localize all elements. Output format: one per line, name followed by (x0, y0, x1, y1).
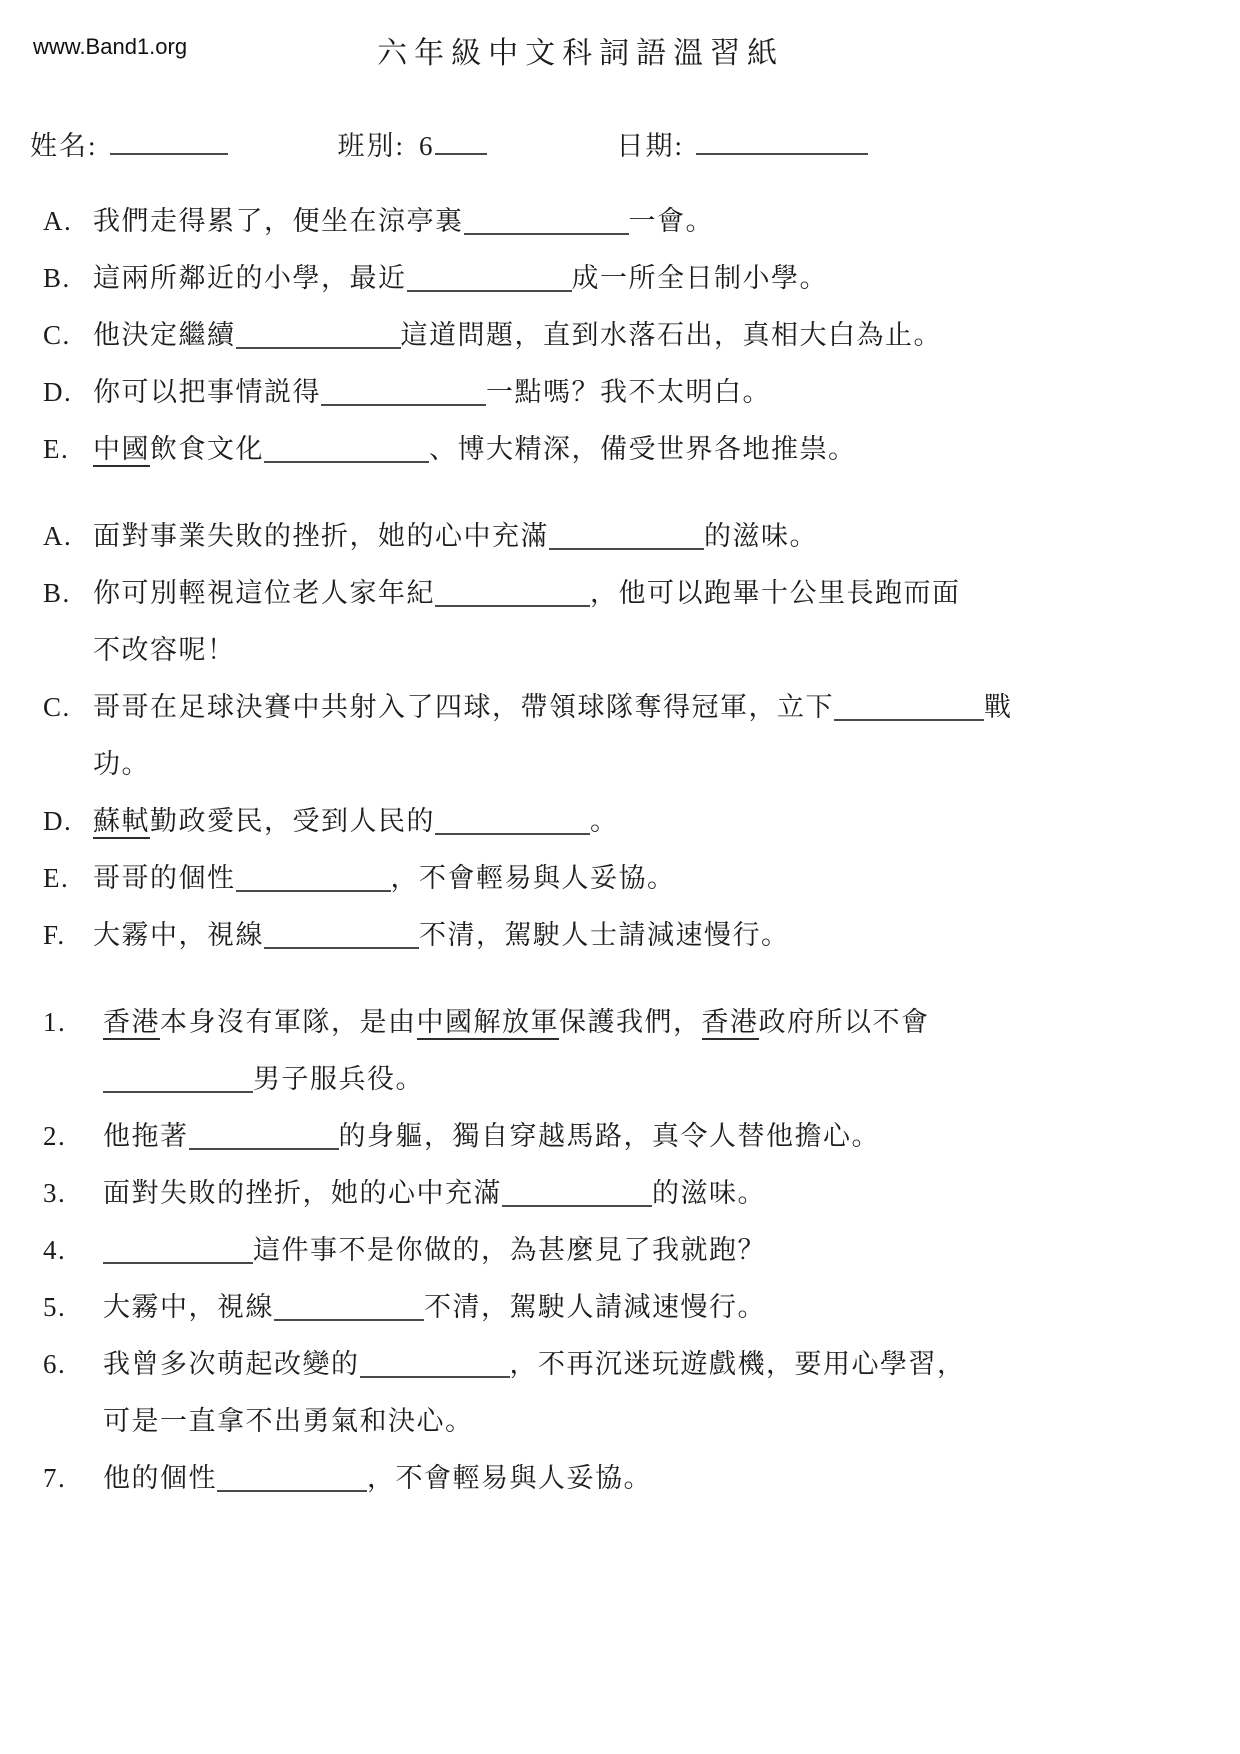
fill-blank (189, 1122, 339, 1150)
question-item: 4.這件事不是你做的，為甚麼見了我就跑？ (43, 1222, 1185, 1279)
fill-blank (435, 579, 590, 607)
name-field-group: 姓名: (30, 124, 228, 163)
worksheet-page: www.Band1.org 六年級中文科詞語溫習紙 姓名: 班別: 6 日期: … (0, 0, 1240, 1507)
item-label: 4. (43, 1222, 103, 1279)
question-item: D.你可以把事情説得一點嗎？我不太明白。 (43, 364, 1185, 421)
question-item: 7.他的個性，不會輕易與人妥協。 (43, 1450, 1185, 1507)
item-text: 他的個性，不會輕易與人妥協。 (103, 1450, 1185, 1507)
exercise-2: A.面對事業失敗的挫折，她的心中充滿的滋味。B.你可別輕視這位老人家年紀，他可以… (43, 508, 1185, 964)
class-value: 6 (419, 131, 433, 162)
question-item: E.中國飲食文化、博大精深，備受世界各地推祟。 (43, 421, 1185, 478)
item-label: D. (43, 364, 93, 421)
item-text: 你可以把事情説得一點嗎？我不太明白。 (93, 364, 1185, 421)
item-text: 他決定繼續這道問題，直到水落石出，真相大白為止。 (93, 307, 1185, 364)
item-label: 3. (43, 1165, 103, 1222)
fill-blank (549, 522, 704, 550)
fill-blank (321, 378, 486, 406)
item-text: 這兩所鄰近的小學，最近成一所全日制小學。 (93, 250, 1185, 307)
fill-blank (464, 207, 629, 235)
question-item: C.哥哥在足球決賽中共射入了四球，帶領球隊奪得冠軍，立下戰功。 (43, 679, 1185, 793)
question-item: A.面對事業失敗的挫折，她的心中充滿的滋味。 (43, 508, 1185, 565)
item-text: 面對失敗的挫折，她的心中充滿的滋味。 (103, 1165, 1185, 1222)
item-label: 1. (43, 994, 103, 1108)
question-item: B.你可別輕視這位老人家年紀，他可以跑畢十公里長跑而面不改容呢！ (43, 565, 1185, 679)
fill-blank (103, 1065, 253, 1093)
fill-blank (274, 1293, 424, 1321)
item-text: 我曾多次萌起改變的，不再沉迷玩遊戲機，要用心學習，可是一直拿不出勇氣和決心。 (103, 1336, 1185, 1450)
underlined-term: 香港 (702, 1007, 759, 1040)
item-label: 5. (43, 1279, 103, 1336)
site-url: www.Band1.org (33, 28, 187, 60)
class-blank (435, 127, 487, 155)
date-field-group: 日期: (617, 124, 869, 163)
item-text: 你可別輕視這位老人家年紀，他可以跑畢十公里長跑而面不改容呢！ (93, 565, 1185, 679)
question-item: C.他決定繼續這道問題，直到水落石出，真相大白為止。 (43, 307, 1185, 364)
question-item: F.大霧中，視線不清，駕駛人士請減速慢行。 (43, 907, 1185, 964)
item-text: 大霧中，視線不清，駕駛人請減速慢行。 (103, 1279, 1185, 1336)
class-field-group: 班別: 6 (338, 124, 487, 163)
fill-blank (217, 1464, 367, 1492)
fill-blank (236, 321, 401, 349)
item-label: D. (43, 793, 93, 850)
underlined-term: 中國解放軍 (417, 1007, 560, 1040)
underlined-term: 蘇軾 (93, 806, 150, 839)
item-label: C. (43, 679, 93, 793)
item-text: 他拖著的身軀，獨自穿越馬路，真令人替他擔心。 (103, 1108, 1185, 1165)
item-label: F. (43, 907, 93, 964)
item-text: 我們走得累了，便坐在涼亭裏一會。 (93, 193, 1185, 250)
fill-blank (502, 1179, 652, 1207)
question-item: E.哥哥的個性，不會輕易與人妥協。 (43, 850, 1185, 907)
question-item: 1.香港本身沒有軍隊，是由中國解放軍保護我們，香港政府所以不會男子服兵役。 (43, 994, 1185, 1108)
date-label: 日期: (617, 124, 685, 163)
item-label: 2. (43, 1108, 103, 1165)
fill-blank (264, 921, 419, 949)
question-item: 3.面對失敗的挫折，她的心中充滿的滋味。 (43, 1165, 1185, 1222)
question-item: D.蘇軾勤政愛民，受到人民的。 (43, 793, 1185, 850)
exercise-3: 1.香港本身沒有軍隊，是由中國解放軍保護我們，香港政府所以不會男子服兵役。2.他… (43, 994, 1185, 1507)
fill-blank (834, 693, 984, 721)
question-item: 6.我曾多次萌起改變的，不再沉迷玩遊戲機，要用心學習，可是一直拿不出勇氣和決心。 (43, 1336, 1185, 1450)
name-blank (110, 127, 228, 155)
fill-blank (264, 435, 429, 463)
name-label: 姓名: (30, 124, 98, 163)
item-label: A. (43, 193, 93, 250)
question-item: A.我們走得累了，便坐在涼亭裏一會。 (43, 193, 1185, 250)
question-item: 5.大霧中，視線不清，駕駛人請減速慢行。 (43, 1279, 1185, 1336)
item-text: 大霧中，視線不清，駕駛人士請減速慢行。 (93, 907, 1185, 964)
question-item: B.這兩所鄰近的小學，最近成一所全日制小學。 (43, 250, 1185, 307)
fill-blank (360, 1350, 510, 1378)
date-blank (696, 127, 868, 155)
fill-blank (407, 264, 572, 292)
exercise-1: A.我們走得累了，便坐在涼亭裏一會。B.這兩所鄰近的小學，最近成一所全日制小學。… (43, 193, 1185, 478)
item-label: B. (43, 565, 93, 679)
fill-blank (435, 807, 590, 835)
underlined-term: 香港 (103, 1007, 160, 1040)
item-label: E. (43, 421, 93, 478)
item-text: 香港本身沒有軍隊，是由中國解放軍保護我們，香港政府所以不會男子服兵役。 (103, 994, 1185, 1108)
underlined-term: 中國 (93, 434, 150, 467)
fill-blank (236, 864, 391, 892)
item-text: 中國飲食文化、博大精深，備受世界各地推祟。 (93, 421, 1185, 478)
page-title: 六年級中文科詞語溫習紙 (377, 28, 784, 72)
worksheet-sections: A.我們走得累了，便坐在涼亭裏一會。B.這兩所鄰近的小學，最近成一所全日制小學。… (43, 193, 1185, 1507)
item-text: 哥哥的個性，不會輕易與人妥協。 (93, 850, 1185, 907)
student-info-row: 姓名: 班別: 6 日期: (30, 124, 1185, 163)
question-item: 2.他拖著的身軀，獨自穿越馬路，真令人替他擔心。 (43, 1108, 1185, 1165)
item-label: E. (43, 850, 93, 907)
item-label: 7. (43, 1450, 103, 1507)
item-text: 蘇軾勤政愛民，受到人民的。 (93, 793, 1185, 850)
item-label: A. (43, 508, 93, 565)
fill-blank (103, 1236, 253, 1264)
page-header: www.Band1.org 六年級中文科詞語溫習紙 (43, 28, 1185, 72)
item-text: 這件事不是你做的，為甚麼見了我就跑？ (103, 1222, 1185, 1279)
item-label: C. (43, 307, 93, 364)
class-label: 班別: (338, 124, 406, 163)
item-text: 面對事業失敗的挫折，她的心中充滿的滋味。 (93, 508, 1185, 565)
item-text: 哥哥在足球決賽中共射入了四球，帶領球隊奪得冠軍，立下戰功。 (93, 679, 1185, 793)
item-label: B. (43, 250, 93, 307)
item-label: 6. (43, 1336, 103, 1450)
